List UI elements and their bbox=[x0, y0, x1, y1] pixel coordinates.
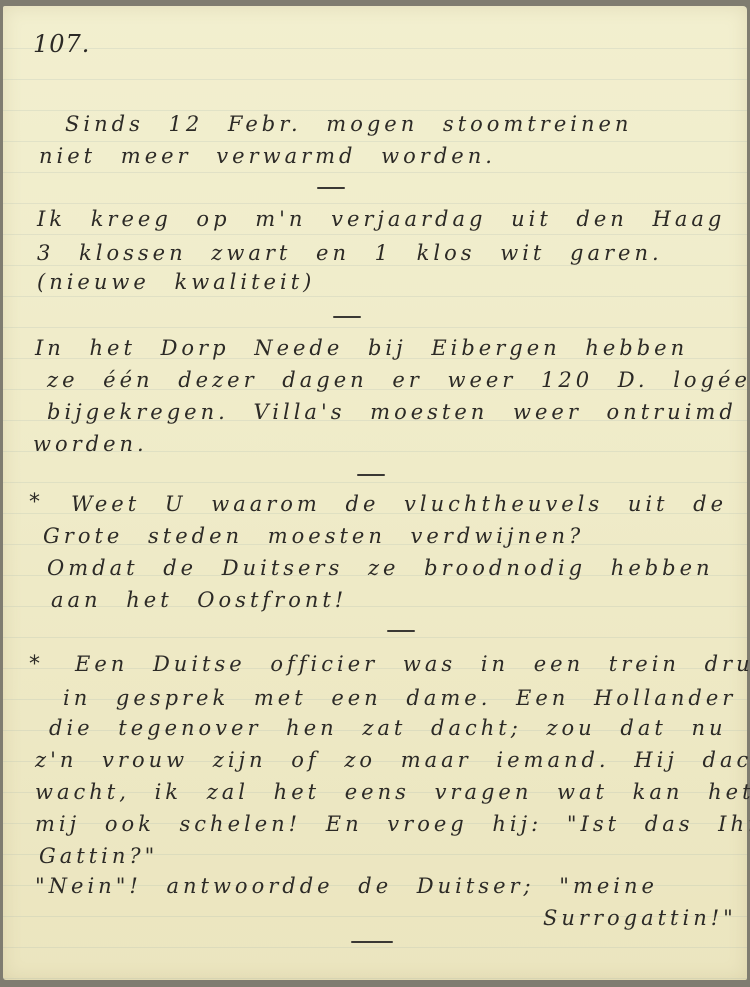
text-line: Gattin?" bbox=[39, 846, 158, 867]
text-line: Grote steden moesten verdwijnen? bbox=[43, 526, 584, 547]
text-line: bijgekregen. Villa's moesten weer ontrui… bbox=[47, 402, 737, 423]
notebook-page: 107. Sinds 12 Febr. mogen stoomtreinen n… bbox=[3, 6, 747, 980]
text-line: Surrogattin!" bbox=[543, 908, 737, 929]
text-line: Ik kreeg op m'n verjaardag uit den Haag bbox=[37, 209, 725, 230]
page-number: 107. bbox=[33, 32, 90, 56]
text-line: Weet U waarom de vluchtheuvels uit de bbox=[71, 494, 727, 515]
section-divider bbox=[317, 187, 345, 189]
text-line: niet meer verwarmd worden. bbox=[39, 146, 496, 167]
text-line: Een Duitse officier was in een trein dru… bbox=[75, 654, 750, 675]
text-line: mij ook schelen! En vroeg hij: "Ist das … bbox=[35, 814, 750, 835]
text-line: (nieuwe kwaliteit) bbox=[37, 272, 315, 293]
text-line: worden. bbox=[33, 434, 148, 455]
section-divider bbox=[351, 941, 393, 943]
asterisk-marker: * bbox=[29, 652, 40, 677]
text-line: aan het Oostfront! bbox=[51, 590, 347, 611]
section-divider bbox=[333, 316, 361, 318]
text-line: wacht, ik zal het eens vragen wat kan he… bbox=[35, 782, 750, 803]
text-line: In het Dorp Neede bij Eibergen hebben bbox=[35, 338, 688, 359]
asterisk-marker: * bbox=[29, 490, 40, 515]
text-line: Omdat de Duitsers ze broodnodig hebben bbox=[47, 558, 714, 579]
text-line: in gesprek met een dame. Een Hollander bbox=[63, 688, 736, 709]
section-divider bbox=[387, 630, 415, 632]
text-line: ze één dezer dagen er weer 120 D. logées bbox=[47, 370, 750, 391]
section-divider bbox=[357, 474, 385, 476]
text-line: die tegenover hen zat dacht; zou dat nu bbox=[49, 718, 727, 739]
text-line: 3 klossen zwart en 1 klos wit garen. bbox=[37, 243, 663, 264]
text-line: "Nein"! antwoordde de Duitser; "meine bbox=[35, 876, 658, 897]
text-line: Sinds 12 Febr. mogen stoomtreinen bbox=[65, 114, 632, 135]
text-line: z'n vrouw zijn of zo maar iemand. Hij da… bbox=[35, 750, 750, 771]
